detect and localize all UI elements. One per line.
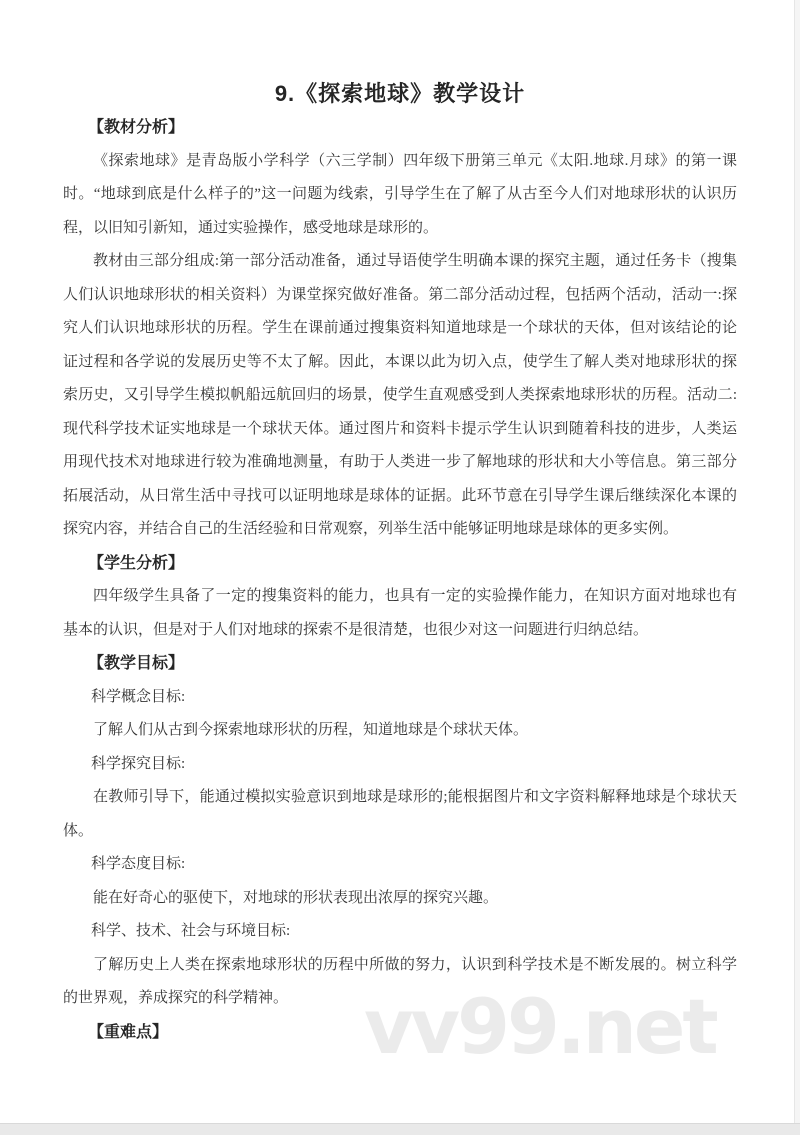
section-heading-teaching-goals: 【教学目标】 [63,647,737,681]
paragraph-material-analysis-1: 《探索地球》是青岛版小学科学（六三学制）四年级下册第三单元《太阳.地球.月球》的… [63,145,737,246]
paragraph-science-inquiry-goal: 在教师引导下，能通过模拟实验意识到地球是球形的;能根据图片和文字资料解释地球是个… [63,781,737,848]
section-heading-student-analysis: 【学生分析】 [63,547,737,581]
subheading-science-inquiry-goal: 科学探究目标: [63,748,737,782]
paragraph-sts-environment-goal: 了解历史上人类在探索地球形状的历程中所做的努力，认识到科学技术是不断发展的。树立… [63,949,737,1016]
subheading-sts-environment-goal: 科学、技术、社会与环境目标: [63,915,737,949]
paragraph-science-attitude-goal: 能在好奇心的驱使下，对地球的形状表现出浓厚的探究兴趣。 [63,882,737,916]
paragraph-material-analysis-2: 教材由三部分组成:第一部分活动准备，通过导语使学生明确本课的探究主题，通过任务卡… [63,245,737,547]
subheading-science-attitude-goal: 科学态度目标: [63,848,737,882]
doc-title: 9.《探索地球》教学设计 [63,77,737,111]
subheading-science-concept-goal: 科学概念目标: [63,681,737,715]
viewer-bottom-strip [0,1123,800,1135]
document-page: vv99.net 9.《探索地球》教学设计 【教材分析】 《探索地球》是青岛版小… [0,0,800,1137]
section-heading-material-analysis: 【教材分析】 [63,111,737,145]
paragraph-science-concept-goal: 了解人们从古到今探索地球形状的历程，知道地球是个球状天体。 [63,714,737,748]
paragraph-student-analysis: 四年级学生具备了一定的搜集资料的能力，也具有一定的实验操作能力，在知识方面对地球… [63,580,737,647]
page-right-edge [794,0,800,1123]
document-content: 9.《探索地球》教学设计 【教材分析】 《探索地球》是青岛版小学科学（六三学制）… [0,0,800,1049]
section-heading-key-difficulties: 【重难点】 [63,1016,737,1050]
